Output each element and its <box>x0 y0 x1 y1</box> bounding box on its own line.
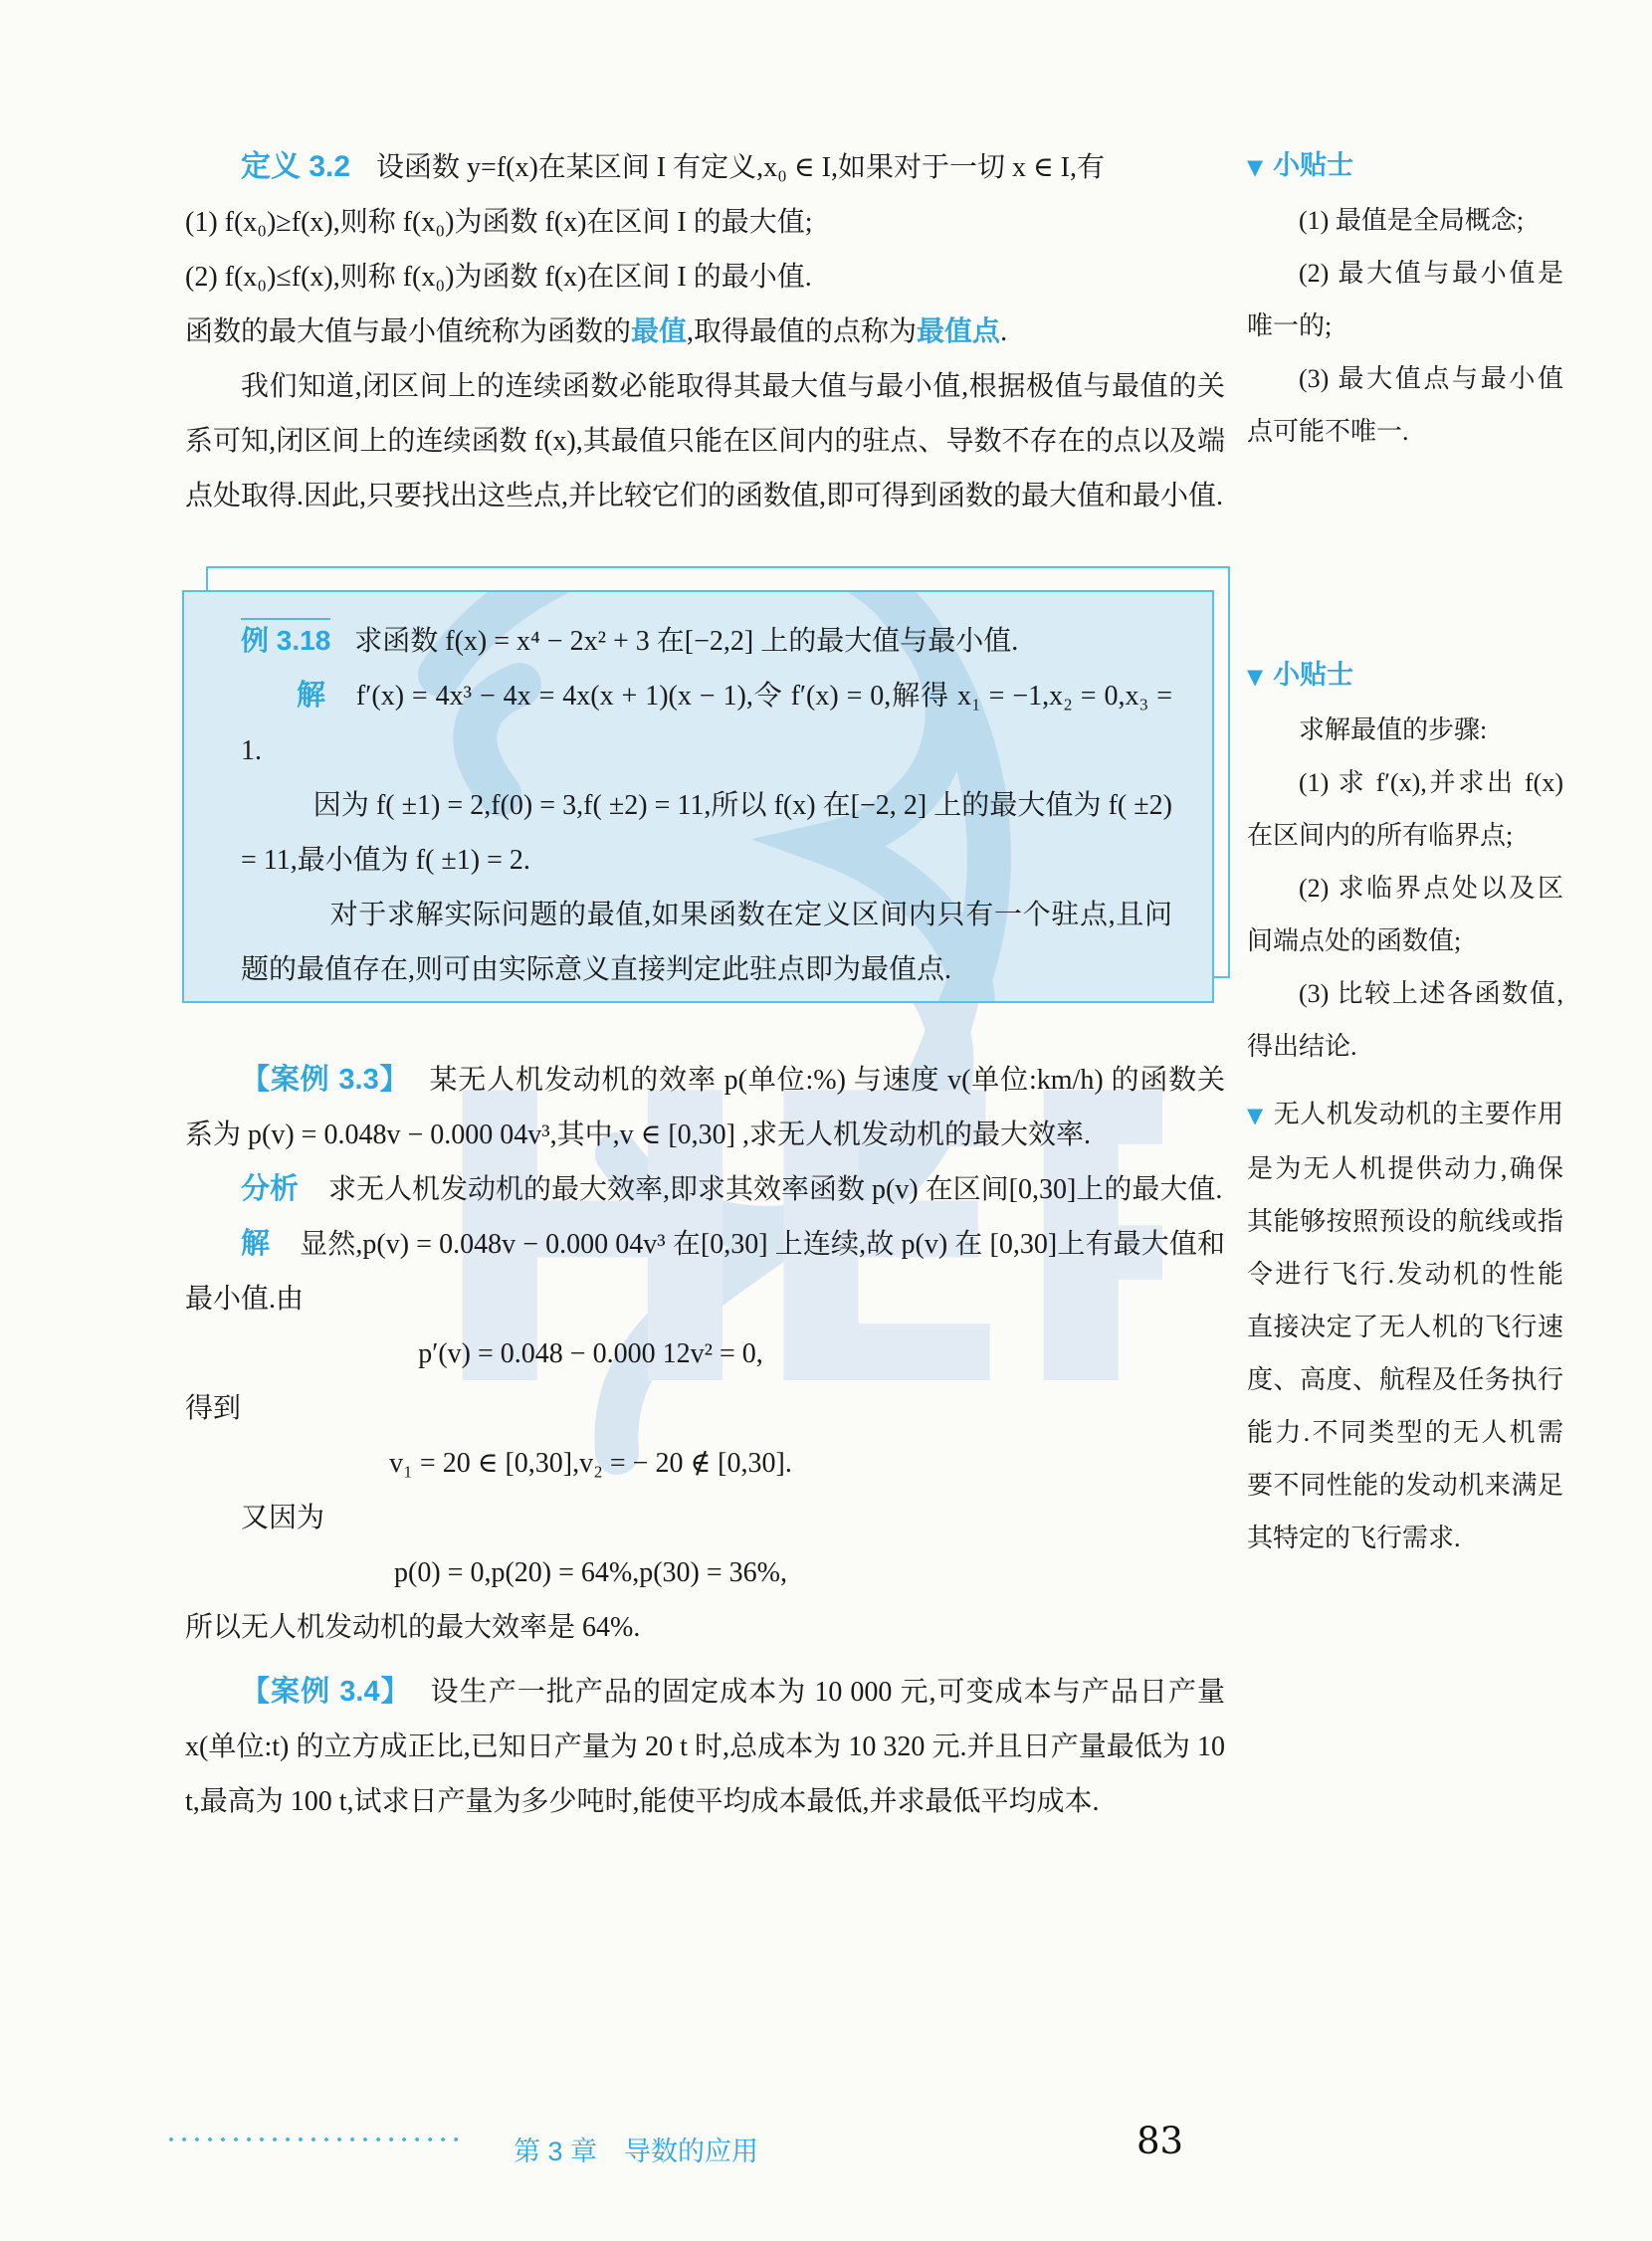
equation-roots: v₁ = 20 ∈ [0,30],v₂ = − 20 ∉ [0,30]. <box>185 1436 996 1491</box>
tip-2-item-3: (3) 比较上述各函数值,得出结论. <box>1247 967 1563 1073</box>
example-solve-text: f′(x) = 4x³ − 4x = 4x(x + 1)(x − 1),令 f′… <box>241 681 1172 766</box>
example-box: 例 3.18求函数 f(x) = x⁴ − 2x² + 3 在[−2,2] 上的… <box>182 590 1214 1003</box>
example-statement: 求函数 f(x) = x⁴ − 2x² + 3 在[−2,2] 上的最大值与最小… <box>354 626 1018 657</box>
tip-1-item-3: (3) 最大值点与最小值点可能不唯一. <box>1247 352 1563 458</box>
knowledge-paragraph: 我们知道,闭区间上的连续函数必能取得其最大值与最小值,根据极值与最值的关系可知,… <box>185 359 1225 523</box>
definition-item-1: (1) f(x₀)≥f(x),则称 f(x₀)为函数 f(x)在区间 I 的最大… <box>185 195 1225 250</box>
case-3-3-solve-label: 解 <box>241 1228 270 1260</box>
sidebar-tip-3: ▼无人机发动机的主要作用是为无人机提供动力,确保其能够按照预设的航线或指令进行飞… <box>1247 1088 1563 1564</box>
footer-dotted-rule: ······················· <box>167 2128 465 2154</box>
triangle-down-icon: ▼ <box>1247 665 1263 689</box>
triangle-down-icon: ▼ <box>1247 155 1263 179</box>
tip-2-intro: 求解最值的步骤: <box>1247 704 1563 756</box>
tip-3-text-block: ▼无人机发动机的主要作用是为无人机提供动力,确保其能够按照预设的航线或指令进行飞… <box>1247 1088 1563 1564</box>
definition-summary: 函数的最大值与最小值统称为函数的最值,取得最值的点称为最值点. <box>185 305 1225 359</box>
case-3-3-heading: 【案例 3.3】某无人机发动机的效率 p(单位:%) 与速度 v(单位:km/h… <box>185 1053 1225 1162</box>
example-solve-label: 解 <box>297 680 326 712</box>
main-column: 定义 3.2设函数 y=f(x)在某区间 I 有定义,x₀ ∈ I,如果对于一切… <box>185 139 1225 1829</box>
tip-1-title: 小贴士 <box>1273 150 1353 180</box>
tip-2-header: ▼小贴士 <box>1247 649 1563 704</box>
case-3-3-solution: 解显然,p(v) = 0.048v − 0.000 04v³ 在[0,30] 上… <box>185 1217 1225 1326</box>
equation-values: p(0) = 0,p(20) = 64%,p(30) = 36%, <box>185 1545 996 1600</box>
example-paragraph-2: 因为 f( ±1) = 2,f(0) = 3,f( ±2) = 11,所以 f(… <box>241 778 1172 888</box>
tip-1-item-1: (1) 最值是全局概念; <box>1247 194 1563 247</box>
tip-2-item-1: (1) 求 f′(x),并求出 f(x) 在区间内的所有临界点; <box>1247 756 1563 862</box>
example-label: 例 3.18 <box>241 618 330 660</box>
footer-page-number: 83 <box>1136 2120 1183 2162</box>
textbook-page: HEP 定义 3.2设函数 y=f(x)在某区间 I 有定义,x₀ ∈ I,如果… <box>0 0 1652 2241</box>
analysis-label: 分析 <box>241 1173 299 1205</box>
case-3-3-section: 【案例 3.3】某无人机发动机的效率 p(单位:%) 与速度 v(单位:km/h… <box>185 1053 1225 1655</box>
example-box-front: 例 3.18求函数 f(x) = x⁴ − 2x² + 3 在[−2,2] 上的… <box>182 590 1214 1003</box>
case-3-4-label: 【案例 3.4】 <box>241 1676 411 1708</box>
definition-summary-end: . <box>1000 316 1007 347</box>
definition-intro: 设函数 y=f(x)在某区间 I 有定义,x₀ ∈ I,如果对于一切 x ∈ I… <box>376 152 1105 183</box>
definition-paragraph: 定义 3.2设函数 y=f(x)在某区间 I 有定义,x₀ ∈ I,如果对于一切… <box>185 139 1225 195</box>
analysis-text: 求无人机发动机的最大效率,即求其效率函数 p(v) 在区间[0,30]上的最大值… <box>328 1174 1222 1205</box>
case-3-3-conclusion: 所以无人机发动机的最大效率是 64%. <box>185 1600 1225 1655</box>
example-solution: 解f′(x) = 4x³ − 4x = 4x(x + 1)(x − 1),令 f… <box>241 669 1172 778</box>
transition-then: 得到 <box>185 1381 1225 1436</box>
tip-3-text: 无人机发动机的主要作用是为无人机提供动力,确保其能够按照预设的航线或指令进行飞行… <box>1247 1100 1563 1552</box>
case-3-4-section: 【案例 3.4】设生产一批产品的固定成本为 10 000 元,可变成本与产品日产… <box>185 1665 1225 1829</box>
definition-summary-pre: 函数的最大值与最小值统称为函数的 <box>185 316 631 347</box>
sidebar-tip-1: ▼小贴士 (1) 最值是全局概念; (2) 最大值与最小值是唯一的; (3) 最… <box>1247 139 1563 458</box>
tip-2-title: 小贴士 <box>1273 660 1353 690</box>
tip-2-item-2: (2) 求临界点处以及区间端点处的函数值; <box>1247 862 1563 967</box>
tip-1-item-2: (2) 最大值与最小值是唯一的; <box>1247 247 1563 352</box>
definition-label: 定义 3.2 <box>241 150 350 183</box>
example-title-line: 例 3.18求函数 f(x) = x⁴ − 2x² + 3 在[−2,2] 上的… <box>241 614 1172 669</box>
tip-1-header: ▼小贴士 <box>1247 139 1563 194</box>
example-paragraph-3: 对于求解实际问题的最值,如果函数在定义区间内只有一个驻点,且问题的最值存在,则可… <box>241 888 1172 997</box>
term-extremum: 最值 <box>631 316 687 347</box>
case-3-3-analysis: 分析求无人机发动机的最大效率,即求其效率函数 p(v) 在区间[0,30]上的最… <box>185 1162 1225 1217</box>
definition-item-2: (2) f(x₀)≤f(x),则称 f(x₀)为函数 f(x)在区间 I 的最小… <box>185 250 1225 305</box>
term-extremum-point: 最值点 <box>917 316 1000 347</box>
sidebar-tip-2: ▼小贴士 求解最值的步骤: (1) 求 f′(x),并求出 f(x) 在区间内的… <box>1247 649 1563 1073</box>
triangle-down-icon: ▼ <box>1247 1104 1264 1127</box>
transition-also: 又因为 <box>185 1491 1225 1545</box>
definition-summary-mid: ,取得最值的点称为 <box>687 316 917 347</box>
footer-chapter-title: 第 3 章 导数的应用 <box>514 2130 758 2168</box>
case-3-3-label: 【案例 3.3】 <box>241 1064 409 1096</box>
case-3-3-solve-text: 显然,p(v) = 0.048v − 0.000 04v³ 在[0,30] 上连… <box>185 1229 1225 1315</box>
equation-derivative: p′(v) = 0.048 − 0.000 12v² = 0, <box>185 1326 996 1381</box>
sidebar-notes: ▼小贴士 (1) 最值是全局概念; (2) 最大值与最小值是唯一的; (3) 最… <box>1247 0 1563 2241</box>
